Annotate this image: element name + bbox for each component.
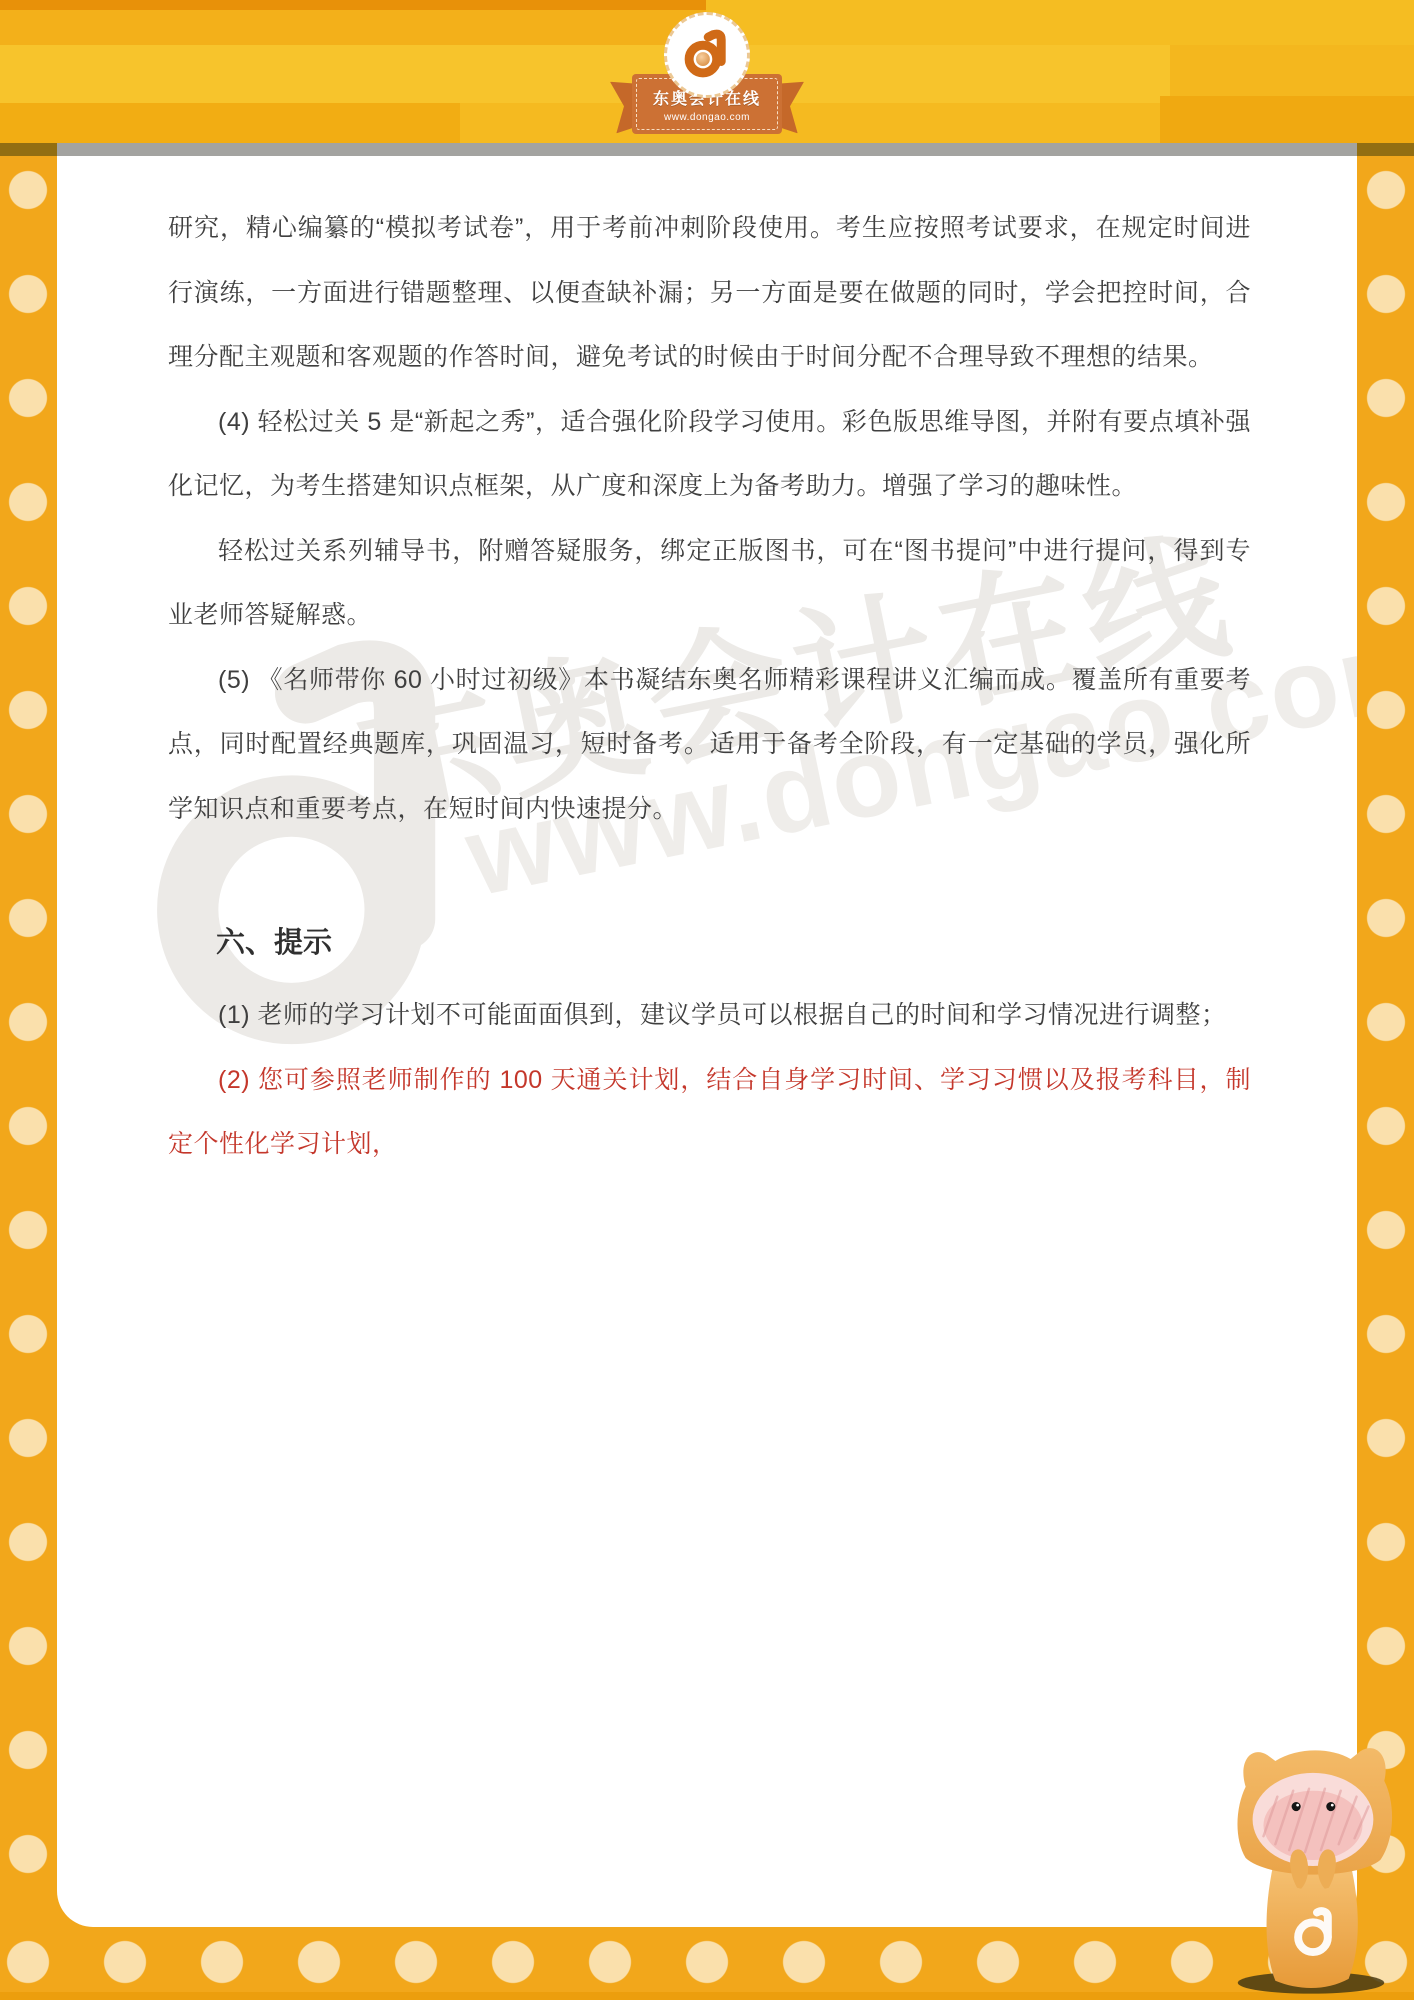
header-band bbox=[1160, 96, 1414, 143]
frame-border-right bbox=[1357, 143, 1414, 2000]
frame-corner-dark-left bbox=[0, 143, 57, 156]
frame-corner-dark-right bbox=[1357, 143, 1414, 156]
paragraph: (1) 老师的学习计划不可能面面俱到，建议学员可以根据自己的时间和学习情况进行调… bbox=[168, 983, 1251, 1048]
pig-mascot bbox=[1212, 1726, 1410, 1998]
frame-border-bottom bbox=[0, 1927, 1414, 1992]
document-sheet: 东奥会计在线 www.dongao.com 研究，精心编纂的“模拟考试卷”，用于… bbox=[57, 156, 1357, 1927]
document-page: 东奥会计在线 www.dongao.com bbox=[0, 0, 1414, 2000]
header-banner: 东奥会计在线 www.dongao.com bbox=[0, 0, 1414, 143]
brand-url: www.dongao.com bbox=[664, 112, 750, 123]
header-shadow-band bbox=[57, 143, 1357, 156]
brand-badge: 东奥会计在线 www.dongao.com bbox=[607, 12, 807, 136]
paragraph: 轻松过关系列辅导书，附赠答疑服务，绑定正版图书，可在“图书提问”中进行提问，得到… bbox=[168, 519, 1251, 648]
header-band bbox=[0, 0, 706, 10]
section-heading: 六、提示 bbox=[168, 921, 1251, 965]
paragraph: (5) 《名师带你 60 小时过初级》本书凝结东奥名师精彩课程讲义汇编而成。覆盖… bbox=[168, 648, 1251, 842]
document-text: 研究，精心编纂的“模拟考试卷”，用于考前冲刺阶段使用。考生应按照考试要求，在规定… bbox=[168, 196, 1251, 1177]
paragraph: (4) 轻松过关 5 是“新起之秀”，适合强化阶段学习使用。彩色版思维导图，并附… bbox=[168, 390, 1251, 519]
header-band bbox=[1170, 45, 1414, 103]
header-band bbox=[0, 103, 460, 143]
header-band bbox=[0, 45, 1170, 103]
header-band bbox=[706, 0, 1414, 45]
dongao-d-logo-icon bbox=[681, 29, 733, 81]
header-band bbox=[0, 10, 706, 45]
paragraph: 研究，精心编纂的“模拟考试卷”，用于考前冲刺阶段使用。考生应按照考试要求，在规定… bbox=[168, 196, 1251, 390]
frame-border-bottom-strip bbox=[0, 1992, 1414, 2000]
brand-logo-circle bbox=[664, 12, 750, 98]
paragraph-highlighted: (2) 您可参照老师制作的 100 天通关计划，结合自身学习时间、学习习惯以及报… bbox=[168, 1048, 1251, 1177]
frame-border-left bbox=[0, 143, 57, 2000]
header-band bbox=[460, 103, 1160, 143]
